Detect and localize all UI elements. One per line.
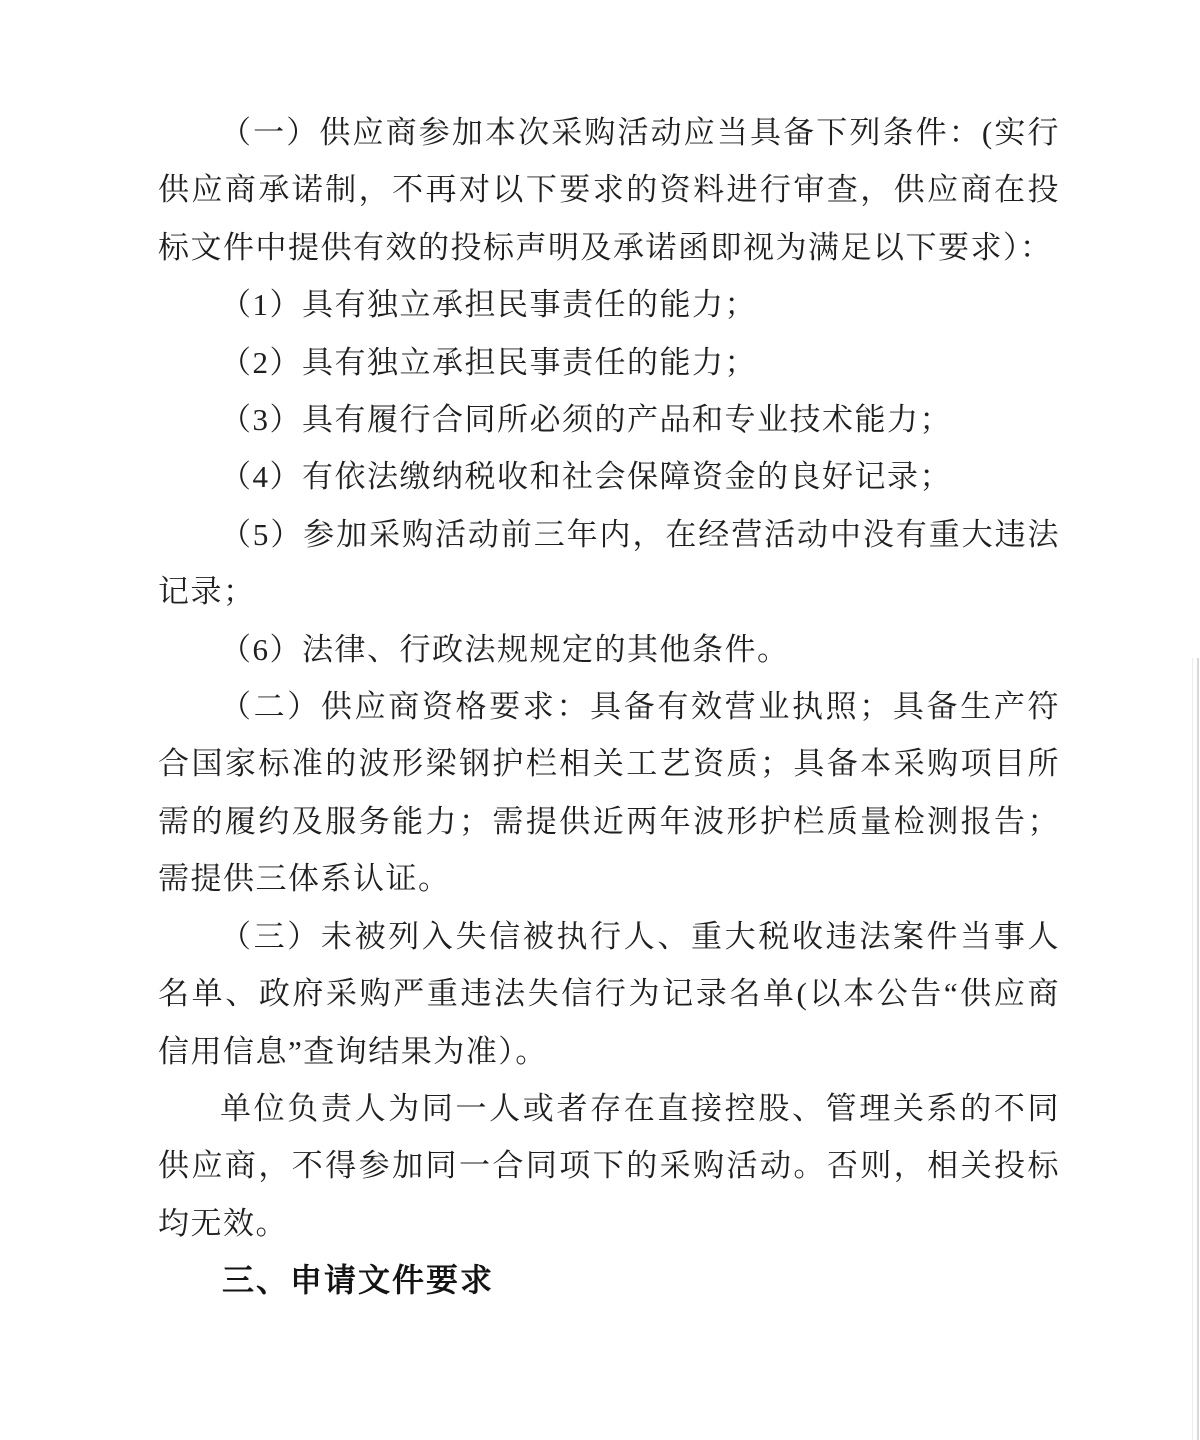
para-conditions-intro: （一）供应商参加本次采购活动应当具备下列条件：(实行供应商承诺制，不再对以下要求… — [158, 104, 1060, 276]
item-civil-liability-1: （1）具有独立承担民事责任的能力； — [158, 276, 1060, 333]
para-same-legal-representative: 单位负责人为同一人或者存在直接控股、管理关系的不同供应商，不得参加同一合同项下的… — [158, 1080, 1060, 1252]
item-no-major-violation: （5）参加采购活动前三年内，在经营活动中没有重大违法记录； — [158, 506, 1060, 621]
para-credit-blacklist: （三）未被列入失信被执行人、重大税收违法案件当事人名单、政府采购严重违法失信行为… — [158, 908, 1060, 1080]
item-other-legal-conditions: （6）法律、行政法规规定的其他条件。 — [158, 621, 1060, 678]
scrollbar-track-line-dark — [1197, 658, 1199, 1440]
para-qualification-requirements: （二）供应商资格要求：具备有效营业执照；具备生产符合国家标准的波形梁钢护栏相关工… — [158, 678, 1060, 908]
section-heading-application-documents: 三、申请文件要求 — [158, 1252, 1060, 1309]
item-tax-social-security: （4）有依法缴纳税收和社会保障资金的良好记录； — [158, 448, 1060, 505]
scrollbar-track-line-light — [1192, 658, 1193, 1440]
item-civil-liability-2: （2）具有独立承担民事责任的能力； — [158, 334, 1060, 391]
scrollbar[interactable] — [1190, 658, 1200, 1440]
document-page: （一）供应商参加本次采购活动应当具备下列条件：(实行供应商承诺制，不再对以下要求… — [0, 0, 1200, 1440]
item-technical-ability: （3）具有履行合同所必须的产品和专业技术能力； — [158, 391, 1060, 448]
